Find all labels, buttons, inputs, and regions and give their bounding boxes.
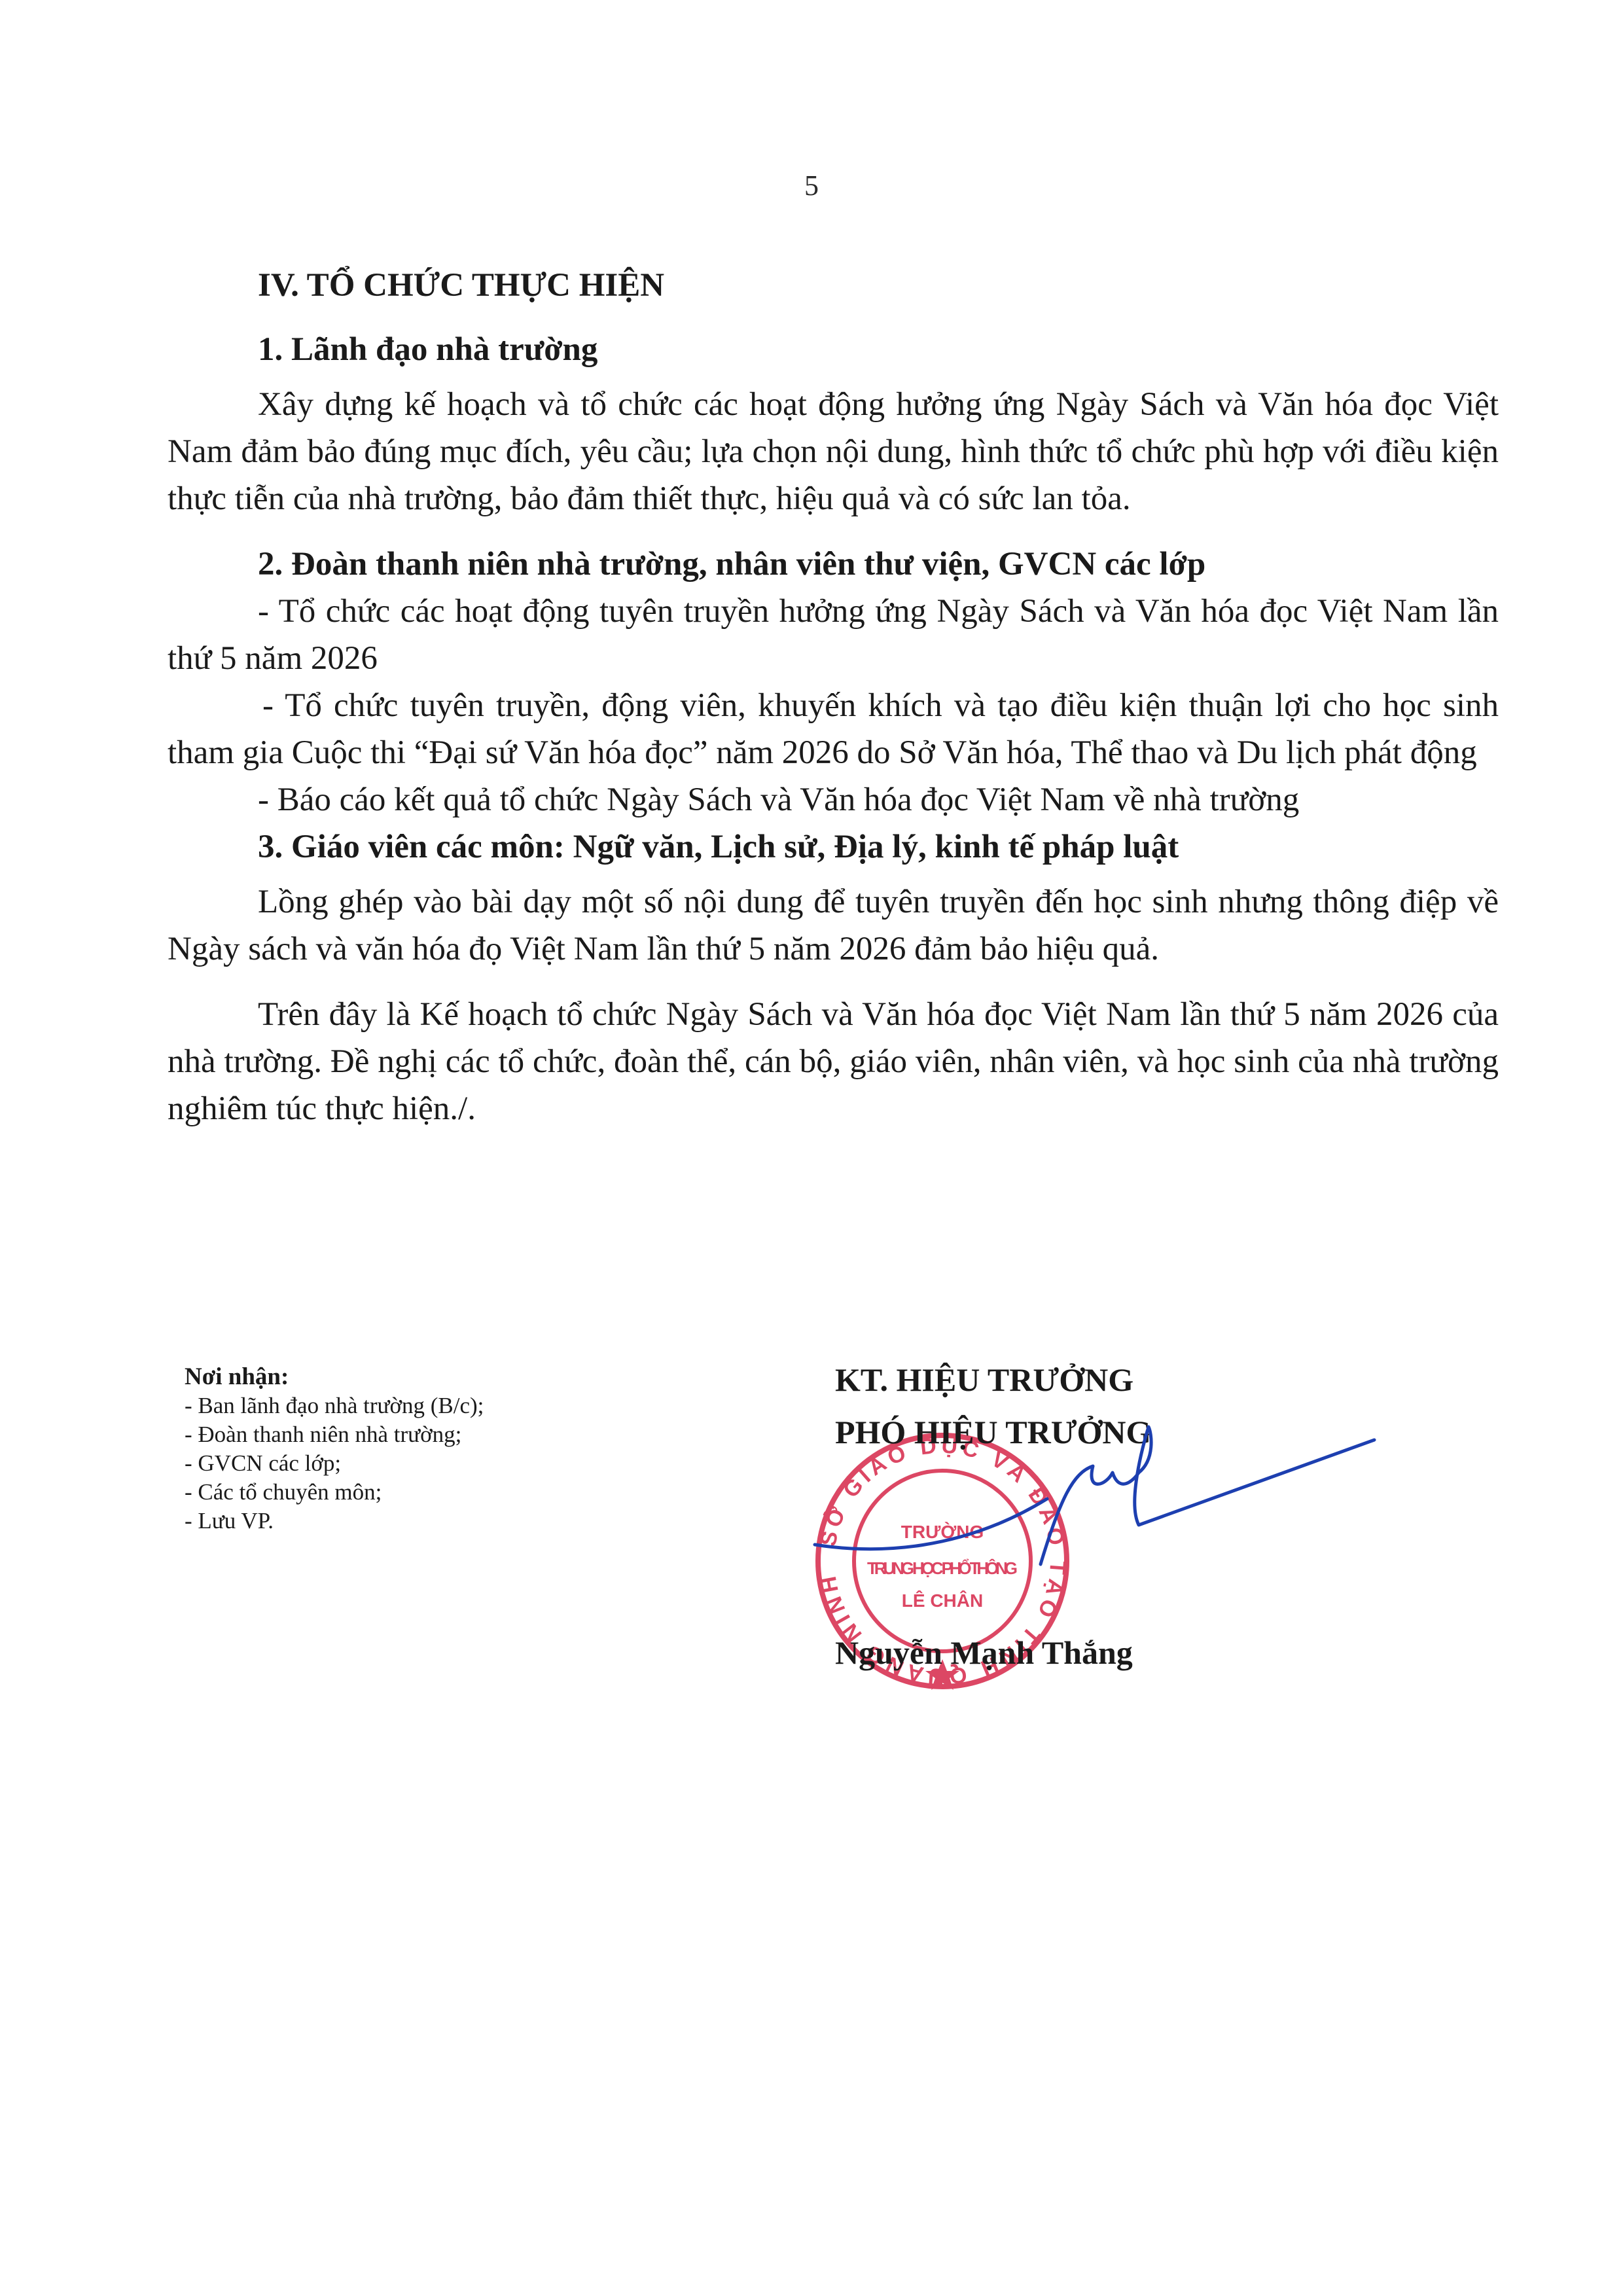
recipient-item: - Các tổ chuyên môn; [185,1478,484,1507]
subsection-heading-2: 2. Đoàn thanh niên nhà trường, nhân viên… [168,541,1499,588]
list-item: - Tổ chức các hoạt động tuyên truyền hưở… [168,588,1499,682]
recipient-item: - Ban lãnh đạo nhà trường (B/c); [185,1391,484,1420]
recipient-item: - Đoàn thanh niên nhà trường; [185,1420,484,1449]
subsection-heading-1: 1. Lãnh đạo nhà trường [168,326,1499,373]
document-body: IV. TỔ CHỨC THỰC HIỆN 1. Lãnh đạo nhà tr… [168,262,1499,1132]
section-title: IV. TỔ CHỨC THỰC HIỆN [168,262,1499,309]
recipient-item: - GVCN các lớp; [185,1449,484,1478]
signer-name: Nguyễn Mạnh Thắng [835,1634,1133,1672]
subsection-heading-3: 3. Giáo viên các môn: Ngữ văn, Lịch sử, … [168,823,1499,870]
paragraph: Xây dựng kế hoạch và tổ chức các hoạt độ… [168,381,1499,522]
list-item: - Báo cáo kết quả tổ chức Ngày Sách và V… [168,776,1499,823]
recipients-title: Nơi nhận: [185,1363,484,1391]
list-item: - Tổ chức tuyên truyền, động viên, khuyế… [168,682,1499,776]
handwritten-signature-icon [798,1420,1387,1617]
closing-paragraph: Trên đây là Kế hoạch tổ chức Ngày Sách v… [168,991,1499,1132]
recipient-item: - Lưu VP. [185,1507,484,1535]
signature-title-1: KT. HIỆU TRƯỞNG [835,1354,1424,1406]
paragraph: Lồng ghép vào bài dạy một số nội dung để… [168,878,1499,973]
recipients-block: Nơi nhận: - Ban lãnh đạo nhà trường (B/c… [185,1363,484,1535]
page-number: 5 [0,169,1623,202]
